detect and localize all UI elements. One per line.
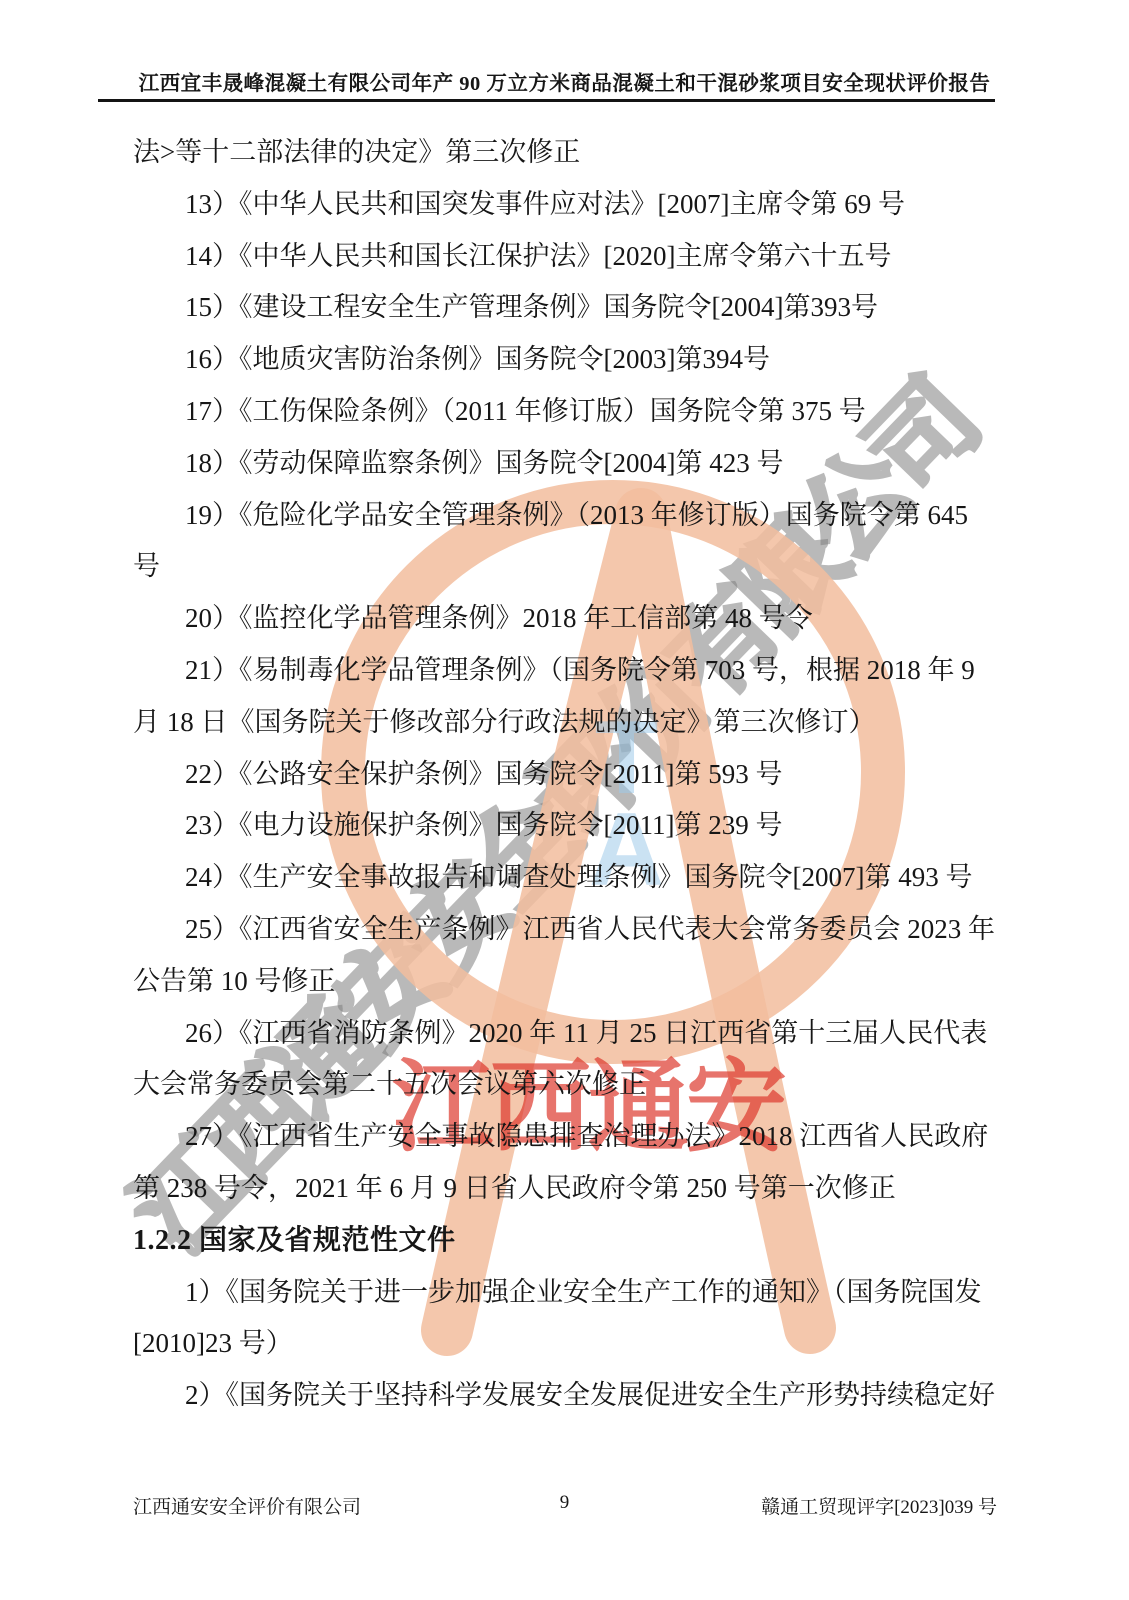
body-line: 22）《公路安全保护条例》国务院令[2011]第 593 号: [133, 749, 1003, 801]
body-line: 23）《电力设施保护条例》国务院令[2011]第 239 号: [133, 800, 1003, 852]
body-line: 19）《危险化学品安全管理条例》（2013 年修订版）国务院令第 645: [133, 490, 1003, 542]
body-line: 26）《江西省消防条例》2020 年 11 月 25 日江西省第十三届人民代表: [133, 1008, 1003, 1060]
body-line: 16）《地质灾害防治条例》国务院令[2003]第394号: [133, 334, 1003, 386]
body-line: 大会常务委员会第二十五次会议第六次修正: [133, 1059, 1003, 1111]
document-page: 江西通安安全评价有限公司 T A 江西通安 江西宜丰晟峰混凝土有限公司年产 90…: [0, 0, 1129, 1600]
footer-company: 江西通安安全评价有限公司: [133, 1492, 361, 1519]
header-rule: [98, 99, 995, 102]
section-heading: 1.2.2 国家及省规范性文件: [133, 1215, 1003, 1267]
body-line: 25）《江西省安全生产条例》江西省人民代表大会常务委员会 2023 年: [133, 904, 1003, 956]
body-line: 27）《江西省生产安全事故隐患排查治理办法》2018 江西省人民政府: [133, 1111, 1003, 1163]
body-line: 14）《中华人民共和国长江保护法》[2020]主席令第六十五号: [133, 231, 1003, 283]
body-line: 18）《劳动保障监察条例》国务院令[2004]第 423 号: [133, 438, 1003, 490]
body-line: 公告第 10 号修正: [133, 956, 1003, 1008]
body-line: 17）《工伤保险条例》（2011 年修订版）国务院令第 375 号: [133, 386, 1003, 438]
body-line: [2010]23 号）: [133, 1318, 1003, 1370]
document-body: 法>等十二部法律的决定》第三次修正 13）《中华人民共和国突发事件应对法》[20…: [133, 127, 1003, 1422]
body-line: 13）《中华人民共和国突发事件应对法》[2007]主席令第 69 号: [133, 179, 1003, 231]
body-line: 2）《国务院关于坚持科学发展安全发展促进安全生产形势持续稳定好: [133, 1370, 1003, 1422]
body-line: 月 18 日《国务院关于修改部分行政法规的决定》第三次修订）: [133, 697, 1003, 749]
footer-doc-number: 赣通工贸现评字[2023]039 号: [761, 1492, 997, 1519]
page-header-title: 江西宜丰晟峰混凝土有限公司年产 90 万立方米商品混凝土和干混砂浆项目安全现状评…: [0, 66, 1129, 96]
body-line: 号: [133, 541, 1003, 593]
body-line: 24）《生产安全事故报告和调查处理条例》国务院令[2007]第 493 号: [133, 852, 1003, 904]
body-line: 第 238 号令，2021 年 6 月 9 日省人民政府令第 250 号第一次修…: [133, 1163, 1003, 1215]
body-line: 15）《建设工程安全生产管理条例》国务院令[2004]第393号: [133, 282, 1003, 334]
body-line: 1）《国务院关于进一步加强企业安全生产工作的通知》（国务院国发: [133, 1267, 1003, 1319]
body-line: 法>等十二部法律的决定》第三次修正: [133, 127, 1003, 179]
body-line: 20）《监控化学品管理条例》2018 年工信部第 48 号令: [133, 593, 1003, 645]
body-line: 21）《易制毒化学品管理条例》（国务院令第 703 号，根据 2018 年 9: [133, 645, 1003, 697]
